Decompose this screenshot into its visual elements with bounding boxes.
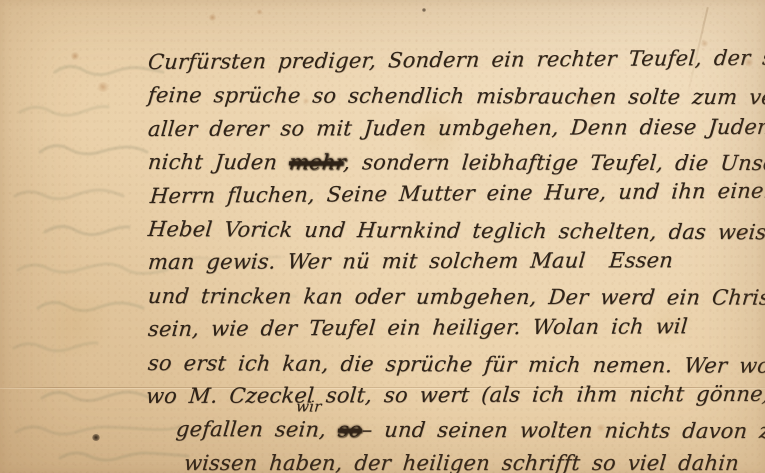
page-edge-vignette (0, 0, 765, 473)
manuscript-page: Curfürsten prediger, Sondern ein rechter… (0, 0, 765, 473)
